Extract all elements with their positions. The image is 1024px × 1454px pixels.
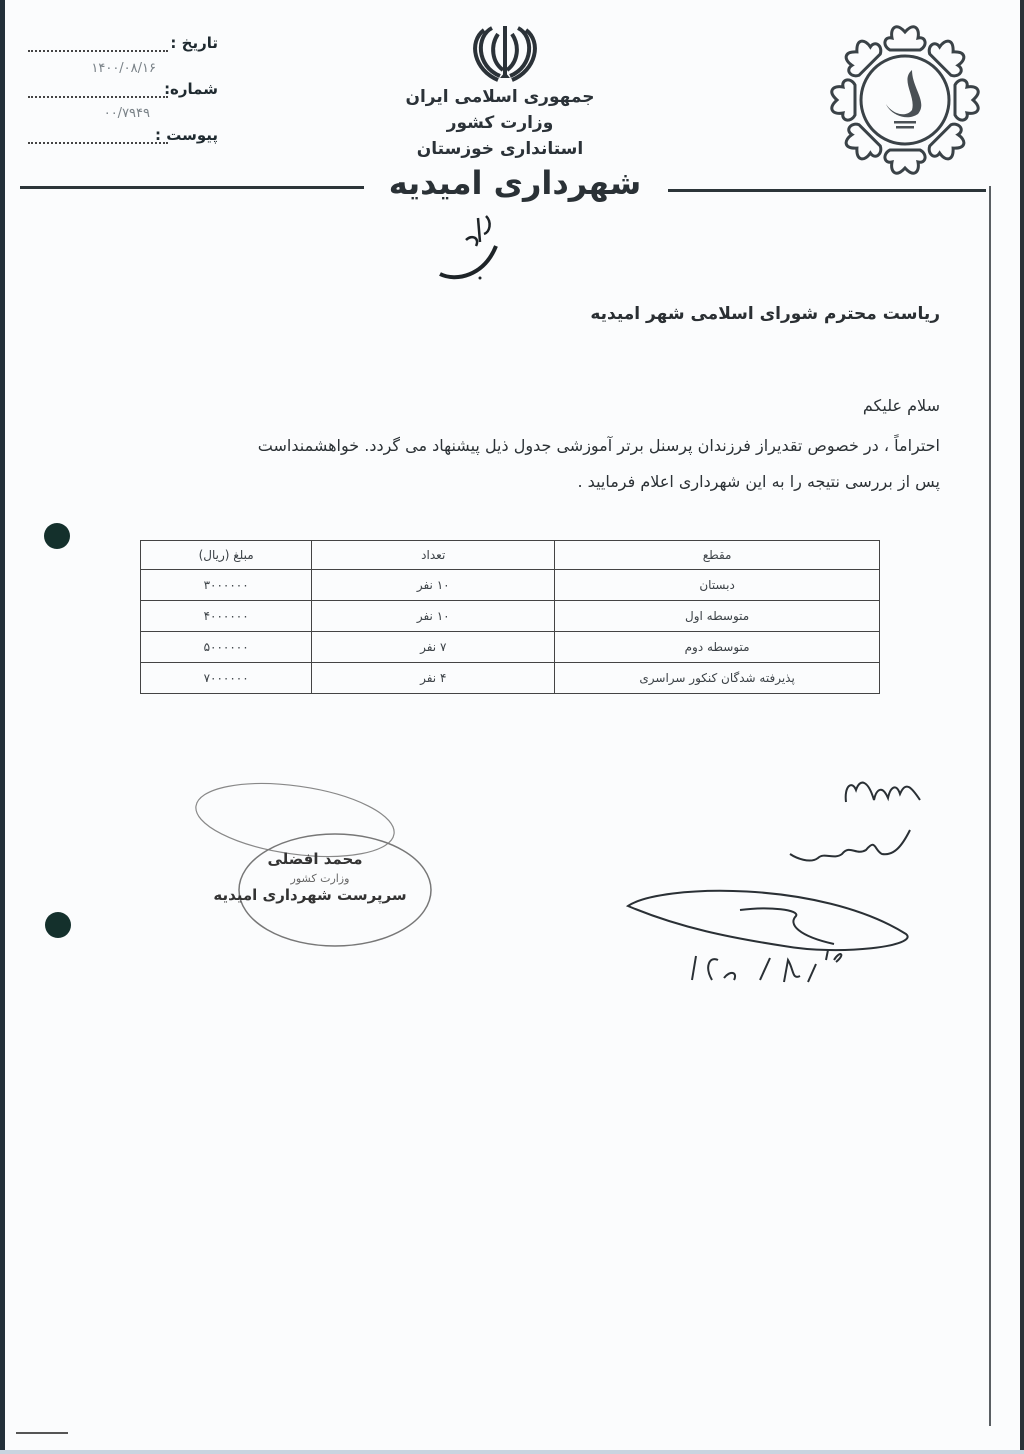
- col-header-count: تعداد: [312, 541, 555, 570]
- cell-count: ۴ نفر: [312, 663, 555, 694]
- fold-mark: [16, 1432, 68, 1434]
- number-label: شماره:: [164, 80, 218, 98]
- award-table: مقطع تعداد مبلغ (ریال) دبستان ۱۰ نفر ۳۰۰…: [140, 540, 880, 694]
- cell-amount: ۴۰۰۰۰۰۰: [141, 601, 312, 632]
- date-label: تاریخ :: [170, 34, 218, 52]
- table-row: دبستان ۱۰ نفر ۳۰۰۰۰۰۰: [141, 570, 880, 601]
- scan-right-edge: [1020, 0, 1024, 1454]
- cell-amount: ۵۰۰۰۰۰۰: [141, 632, 312, 663]
- official-stamp: محمد افضلی وزارت کشور سرپرست شهرداری امی…: [185, 780, 440, 950]
- cell-count: ۷ نفر: [312, 632, 555, 663]
- org-title: شهرداری امیدیه: [370, 164, 660, 202]
- punch-hole-top: [44, 523, 70, 549]
- scan-left-edge: [0, 0, 5, 1454]
- letter-salutation: سلام علیکم: [863, 396, 940, 415]
- date-dotted-line: [28, 38, 168, 52]
- punch-hole-bottom: [45, 912, 71, 938]
- cell-level: متوسطه اول: [555, 601, 880, 632]
- stamp-signatory-role: سرپرست شهرداری امیدیه: [185, 886, 435, 904]
- letter-meta: تاریخ : ۱۴۰۰/۰۸/۱۶ شماره: ۰۰/۷۹۴۹ پیوست …: [18, 34, 218, 172]
- stamp-signatory-name: محمد افضلی: [225, 850, 405, 868]
- table-row: پذیرفته شدگان کنکور سراسری ۴ نفر ۷۰۰۰۰۰۰: [141, 663, 880, 694]
- cell-amount: ۳۰۰۰۰۰۰: [141, 570, 312, 601]
- title-rule-left: [20, 186, 364, 189]
- header-government-lines: جمهوری اسلامی ایران وزارت کشور استانداری…: [380, 84, 620, 162]
- municipality-logo-icon: [820, 18, 990, 180]
- header-line-ministry: وزارت کشور: [380, 110, 620, 136]
- letter-body: احتراماً ، در خصوص تقدیراز فرزندان پرسنل…: [80, 428, 940, 500]
- letter-addressee: ریاست محترم شورای اسلامی شهر امیدیه: [590, 304, 940, 324]
- table-row: متوسطه دوم ۷ نفر ۵۰۰۰۰۰۰: [141, 632, 880, 663]
- iran-emblem-icon: [470, 22, 540, 84]
- table-header-row: مقطع تعداد مبلغ (ریال): [141, 541, 880, 570]
- stamp-ministry: وزارت کشور: [235, 872, 405, 885]
- attachment-dotted-line: [28, 130, 168, 144]
- number-value: ۱۴۰۰/۰۸/۱۶: [91, 61, 156, 76]
- letter-body-line-2: پس از بررسی نتیجه را به این شهرداری اعلا…: [80, 464, 940, 500]
- scan-bottom-edge: [0, 1450, 1024, 1454]
- cell-count: ۱۰ نفر: [312, 601, 555, 632]
- number-dotted-line: [28, 84, 168, 98]
- attachment-value: ۰۰/۷۹۴۹: [104, 106, 150, 121]
- cell-amount: ۷۰۰۰۰۰۰: [141, 663, 312, 694]
- page-margin-rule: [989, 186, 991, 1426]
- header-line-governorate: استانداری خوزستان: [380, 136, 620, 162]
- table-row: متوسطه اول ۱۰ نفر ۴۰۰۰۰۰۰: [141, 601, 880, 632]
- col-header-level: مقطع: [555, 541, 880, 570]
- handwritten-signature-icon: سیر تنالی طرح در جلسه ۱۴۰۰/۸/۱۲: [620, 760, 960, 990]
- cell-count: ۱۰ نفر: [312, 570, 555, 601]
- cell-level: پذیرفته شدگان کنکور سراسری: [555, 663, 880, 694]
- cell-level: دبستان: [555, 570, 880, 601]
- col-header-amount: مبلغ (ریال): [141, 541, 312, 570]
- cell-level: متوسطه دوم: [555, 632, 880, 663]
- header-line-republic: جمهوری اسلامی ایران: [380, 84, 620, 110]
- letter-body-line-1: احتراماً ، در خصوص تقدیراز فرزندان پرسنل…: [80, 428, 940, 464]
- bismillah-calligraphy-icon: [436, 212, 506, 284]
- title-rule-right: [668, 189, 986, 192]
